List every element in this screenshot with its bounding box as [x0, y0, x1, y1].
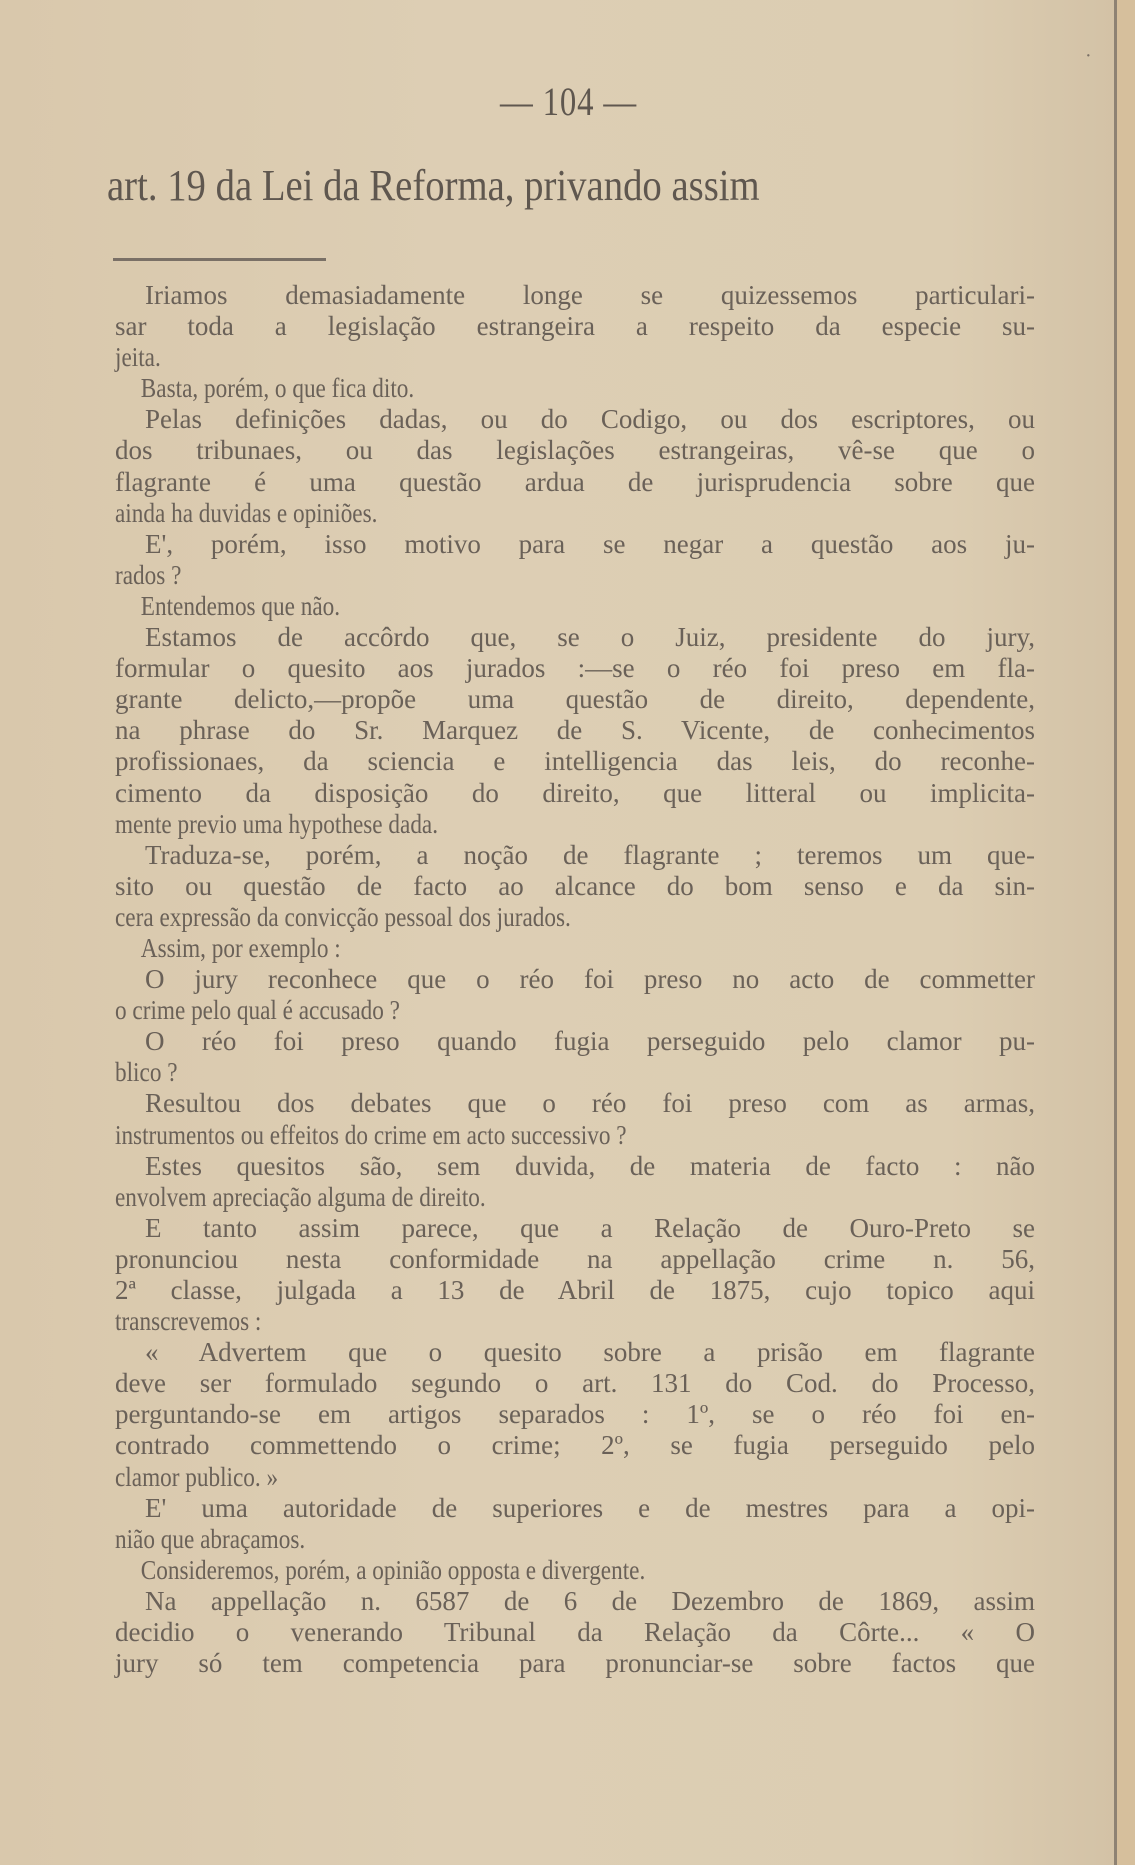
text-line: grante delicto,—propõe uma questão de di…	[115, 684, 1035, 715]
text-line-content: Entendemos que não.	[115, 591, 340, 622]
text-line: rados ?	[115, 560, 1035, 591]
text-line: perguntando-se em artigos separados : 1º…	[115, 1399, 1035, 1430]
text-line: envolvem apreciação alguma de direito.	[115, 1182, 1035, 1213]
text-line-content: decidio o venerando Tribunal da Relação …	[115, 1617, 1035, 1648]
page-number: — 104 —	[103, 78, 1034, 125]
text-line: sar toda a legislação estrangeira a resp…	[115, 311, 1035, 342]
text-line-content: sito ou questão de facto ao alcance do b…	[115, 871, 1035, 902]
text-line: instrumentos ou effeitos do crime em act…	[115, 1120, 1035, 1151]
text-line-content: na phrase do Sr. Marquez de S. Vicente, …	[115, 715, 1035, 746]
text-line-content: flagrante é uma questão ardua de jurispr…	[115, 467, 1035, 498]
text-line-content: contrado commettendo o crime; 2º, se fug…	[115, 1430, 1035, 1461]
text-line-content: Estamos de accôrdo que, se o Juiz, presi…	[115, 622, 1035, 653]
text-line-content: cera expressão da convicção pessoal dos …	[115, 902, 571, 933]
text-line-content: formular o quesito aos jurados :—se o ré…	[115, 653, 1035, 684]
text-line: formular o quesito aos jurados :—se o ré…	[115, 653, 1035, 684]
text-line: 2ª classe, julgada a 13 de Abril de 1875…	[115, 1275, 1035, 1306]
text-line-content: Traduza-se, porém, a noção de flagrante …	[115, 840, 1035, 871]
running-head: art. 19 da Lei da Reforma, privando assi…	[107, 160, 952, 211]
speck-mark: ·	[1085, 45, 1092, 68]
text-line: Entendemos que não.	[115, 591, 1035, 622]
text-line-content: E' uma autoridade de superiores e de mes…	[115, 1493, 1035, 1524]
text-line: Estes quesitos são, sem duvida, de mater…	[115, 1151, 1035, 1182]
text-line: Consideremos, porém, a opinião opposta e…	[115, 1555, 1035, 1586]
text-line: mente previo uma hypothese dada.	[115, 809, 1035, 840]
text-line: pronunciou nesta conformidade na appella…	[115, 1244, 1035, 1275]
text-line-content: sar toda a legislação estrangeira a resp…	[115, 311, 1035, 342]
text-line: O réo foi preso quando fugia perseguido …	[115, 1026, 1035, 1057]
text-line-content: pronunciou nesta conformidade na appella…	[115, 1244, 1035, 1275]
text-line-content: blico ?	[115, 1057, 178, 1088]
text-line-content: O réo foi preso quando fugia perseguido …	[115, 1026, 1035, 1057]
text-line: E', porém, isso motivo para se negar a q…	[115, 529, 1035, 560]
text-line: nião que abraçamos.	[115, 1524, 1035, 1555]
text-line: Na appellação n. 6587 de 6 de Dezembro d…	[115, 1586, 1035, 1617]
text-line-content: Estes quesitos são, sem duvida, de mater…	[115, 1151, 1035, 1182]
text-line-content: Resultou dos debates que o réo foi preso…	[115, 1088, 1035, 1119]
text-line-content: « Advertem que o quesito sobre a prisão …	[115, 1337, 1035, 1368]
text-line-content: cimento da disposição do direito, que li…	[115, 778, 1035, 809]
text-line-content: E', porém, isso motivo para se negar a q…	[115, 529, 1035, 560]
text-line-content: jeita.	[115, 342, 161, 373]
text-line: Iriamos demasiadamente longe se quizesse…	[115, 280, 1035, 311]
text-line-content: grante delicto,—propõe uma questão de di…	[115, 684, 1035, 715]
text-line-content: nião que abraçamos.	[115, 1524, 305, 1555]
text-line: deve ser formulado segundo o art. 131 do…	[115, 1368, 1035, 1399]
text-line-content: ainda ha duvidas e opiniões.	[115, 498, 377, 529]
text-line: flagrante é uma questão ardua de jurispr…	[115, 467, 1035, 498]
text-line-content: profissionaes, da sciencia e intelligenc…	[115, 746, 1035, 777]
text-line: E tanto assim parece, que a Relação de O…	[115, 1213, 1035, 1244]
text-line: o crime pelo qual é accusado ?	[115, 995, 1035, 1026]
text-line-content: transcrevemos :	[115, 1306, 261, 1337]
text-line-content: rados ?	[115, 560, 181, 591]
text-line: profissionaes, da sciencia e intelligenc…	[115, 746, 1035, 777]
text-line-content: deve ser formulado segundo o art. 131 do…	[115, 1368, 1035, 1399]
text-line-content: o crime pelo qual é accusado ?	[115, 995, 400, 1026]
text-line: decidio o venerando Tribunal da Relação …	[115, 1617, 1035, 1648]
text-line: jury só tem competencia para pronunciar-…	[115, 1648, 1035, 1679]
text-line: Estamos de accôrdo que, se o Juiz, presi…	[115, 622, 1035, 653]
text-line: ainda ha duvidas e opiniões.	[115, 498, 1035, 529]
text-line: Pelas definições dadas, ou do Codigo, ou…	[115, 404, 1035, 435]
body-text: Iriamos demasiadamente longe se quizesse…	[115, 280, 1035, 1679]
text-line-content: Consideremos, porém, a opinião opposta e…	[115, 1555, 645, 1586]
text-line: na phrase do Sr. Marquez de S. Vicente, …	[115, 715, 1035, 746]
text-line: « Advertem que o quesito sobre a prisão …	[115, 1337, 1035, 1368]
text-line: Assim, por exemplo :	[115, 933, 1035, 964]
text-line-content: jury só tem competencia para pronunciar-…	[115, 1648, 1035, 1679]
text-line: transcrevemos :	[115, 1306, 1035, 1337]
text-line-content: clamor publico. »	[115, 1462, 278, 1493]
text-line: Basta, porém, o que fica dito.	[115, 373, 1035, 404]
text-line-content: E tanto assim parece, que a Relação de O…	[115, 1213, 1035, 1244]
text-line-content: Na appellação n. 6587 de 6 de Dezembro d…	[115, 1586, 1035, 1617]
text-line: dos tribunaes, ou das legislações estran…	[115, 435, 1035, 466]
text-line-content: 2ª classe, julgada a 13 de Abril de 1875…	[115, 1275, 1035, 1306]
text-line-content: envolvem apreciação alguma de direito.	[115, 1182, 486, 1213]
text-line-content: instrumentos ou effeitos do crime em act…	[115, 1120, 627, 1151]
text-line: sito ou questão de facto ao alcance do b…	[115, 871, 1035, 902]
text-line-content: Assim, por exemplo :	[115, 933, 341, 964]
text-line: Resultou dos debates que o réo foi preso…	[115, 1088, 1035, 1119]
text-line-content: Iriamos demasiadamente longe se quizesse…	[115, 280, 1035, 311]
text-line: contrado commettendo o crime; 2º, se fug…	[115, 1430, 1035, 1461]
text-line: jeita.	[115, 342, 1035, 373]
text-line-content: dos tribunaes, ou das legislações estran…	[115, 435, 1035, 466]
text-line: blico ?	[115, 1057, 1035, 1088]
text-line: E' uma autoridade de superiores e de mes…	[115, 1493, 1035, 1524]
text-line: cimento da disposição do direito, que li…	[115, 778, 1035, 809]
text-line-content: Pelas definições dadas, ou do Codigo, ou…	[115, 404, 1035, 435]
text-line-content: perguntando-se em artigos separados : 1º…	[115, 1399, 1035, 1430]
text-line: cera expressão da convicção pessoal dos …	[115, 902, 1035, 933]
section-rule	[113, 258, 326, 261]
text-line: O jury reconhece que o réo foi preso no …	[115, 964, 1035, 995]
text-line-content: O jury reconhece que o réo foi preso no …	[115, 964, 1035, 995]
text-line-content: Basta, porém, o que fica dito.	[115, 373, 414, 404]
text-line: clamor publico. »	[115, 1462, 1035, 1493]
adjacent-page-edge	[1117, 0, 1135, 1865]
text-line: Traduza-se, porém, a noção de flagrante …	[115, 840, 1035, 871]
text-line-content: mente previo uma hypothese dada.	[115, 809, 438, 840]
